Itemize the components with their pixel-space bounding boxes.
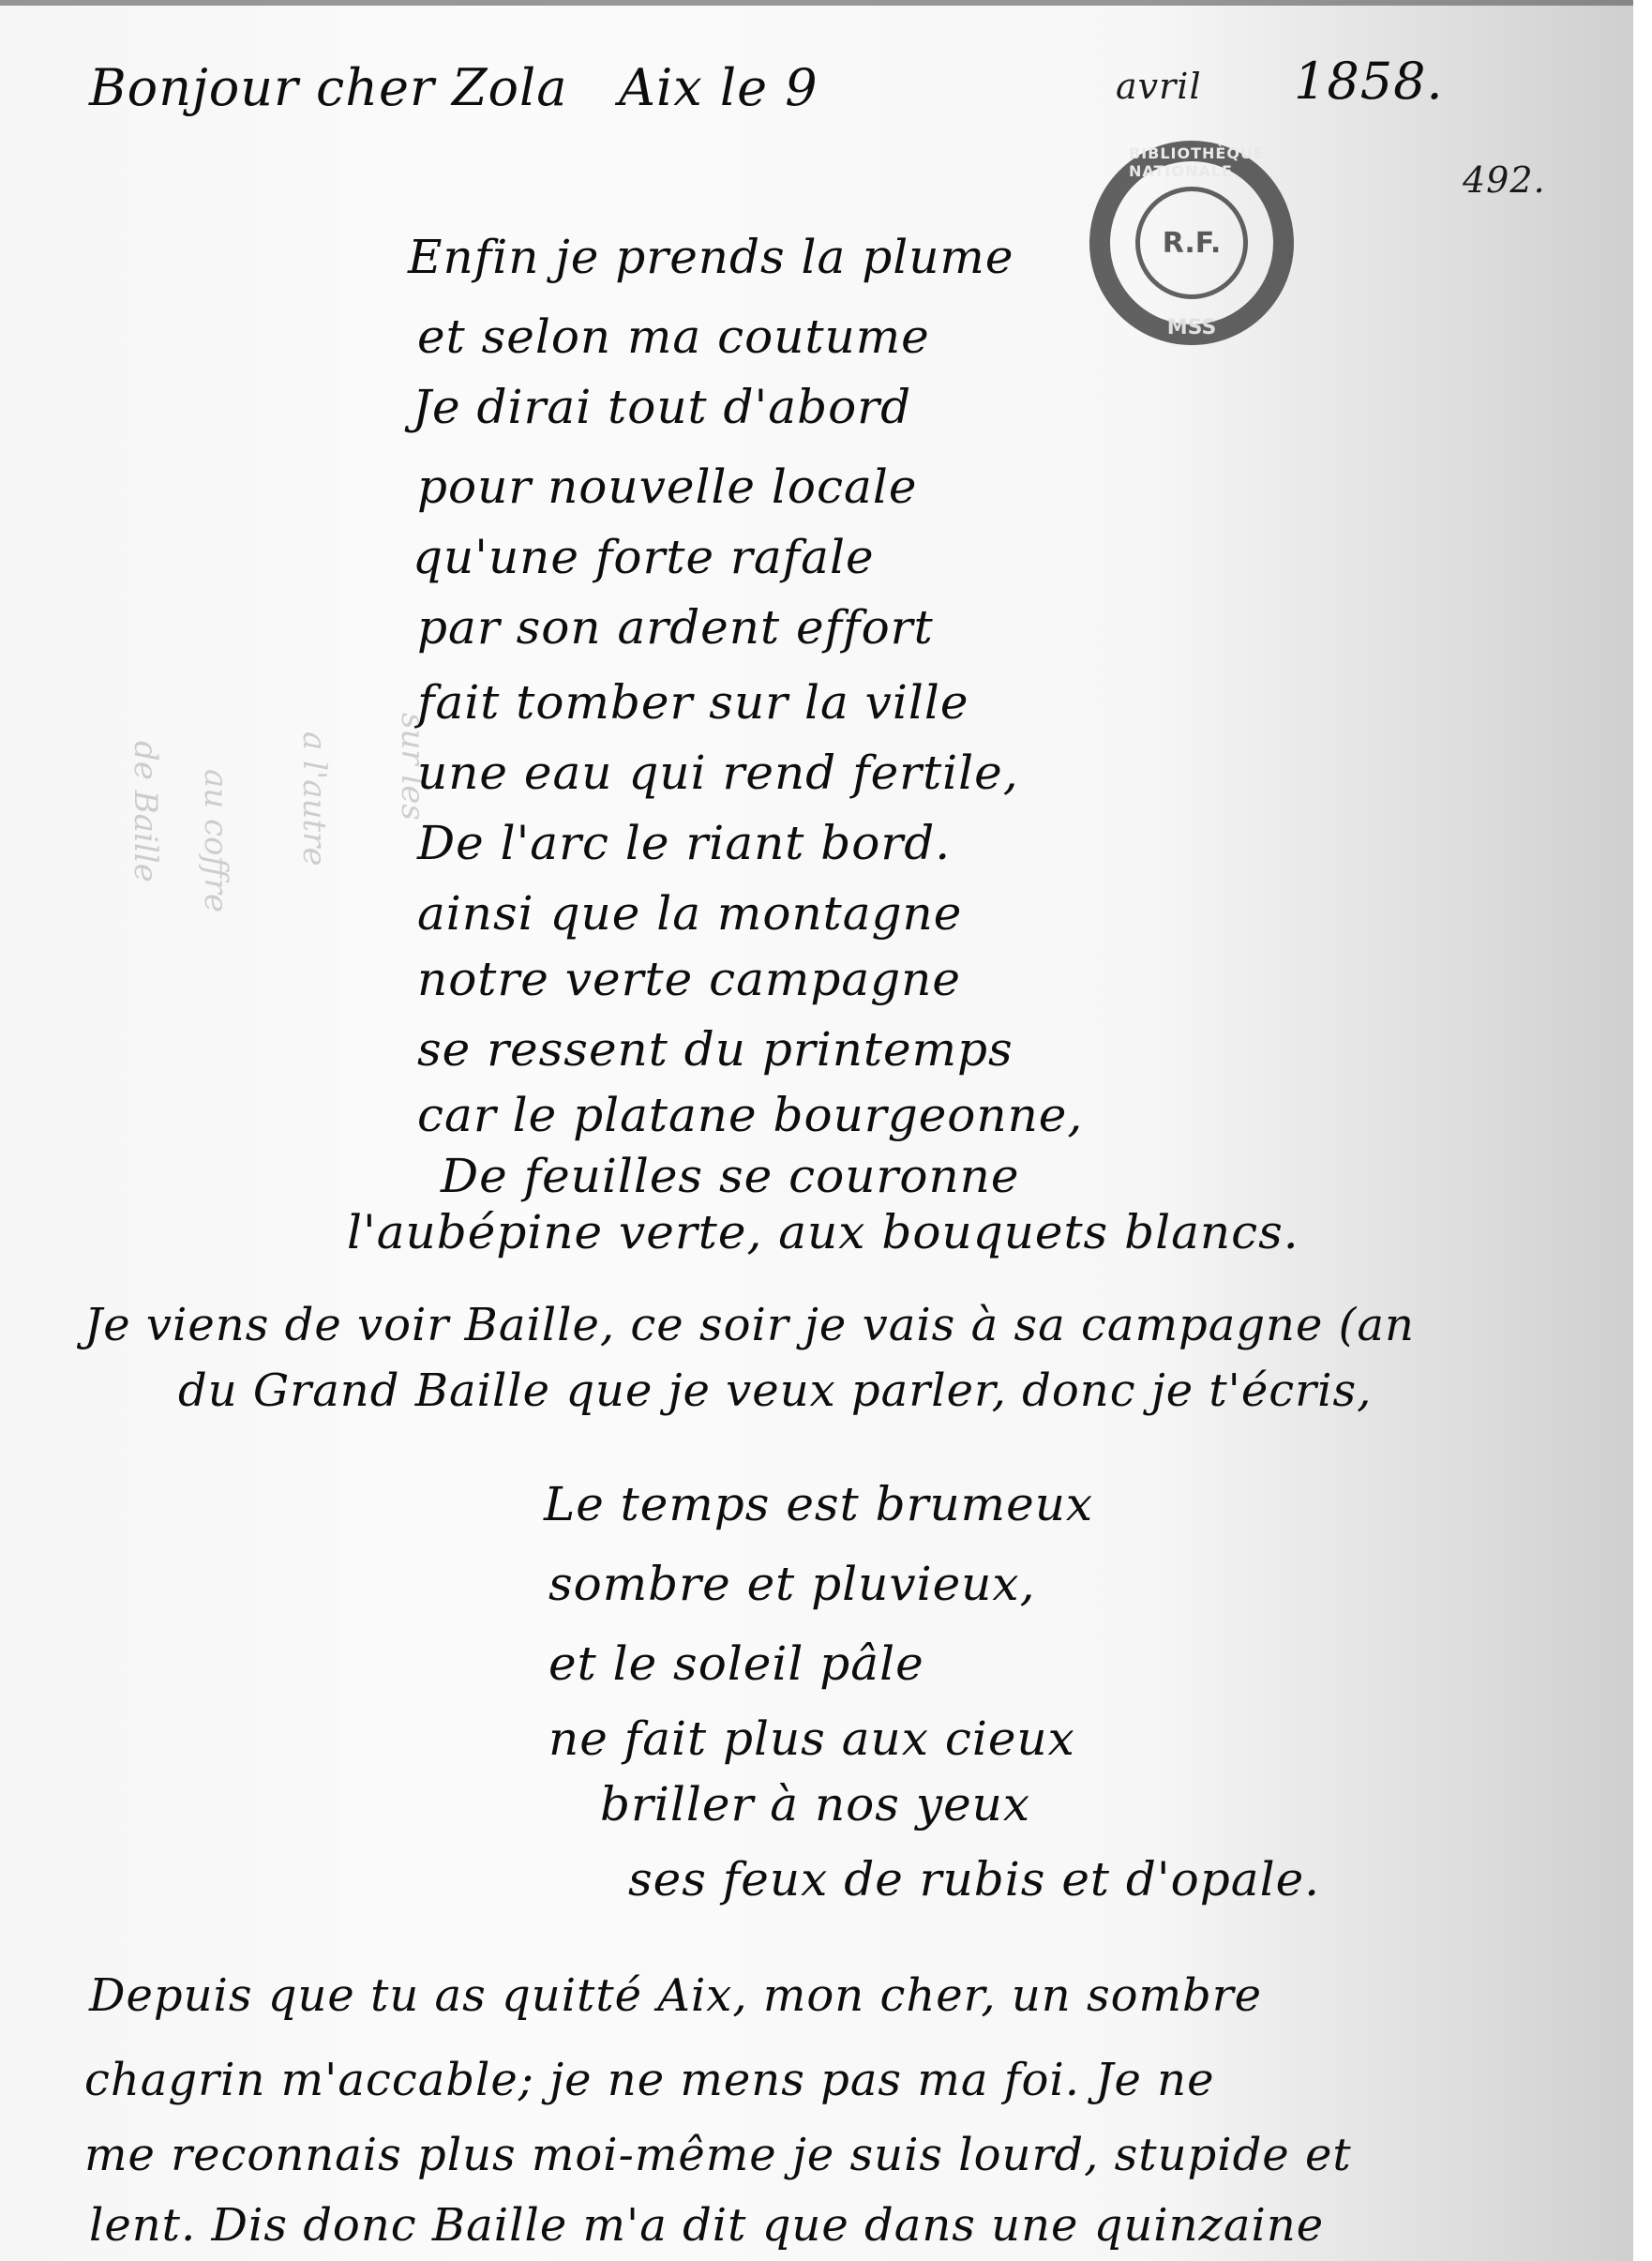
stamp-bottom-text: MSS	[1110, 316, 1273, 339]
folio-number: 492.	[1463, 159, 1546, 201]
bleed-through-text: au coffre	[197, 769, 234, 912]
poem-line: et selon ma coutume	[417, 309, 930, 364]
scan-margin	[1633, 0, 1652, 2261]
prose-line: me reconnais plus moi-même je suis lourd…	[84, 2129, 1352, 2181]
poem-line: De l'arc le riant bord.	[417, 816, 951, 870]
prose-line: Depuis que tu as quitté Aix, mon cher, u…	[89, 1969, 1262, 2022]
poem-line: sombre et pluvieux,	[548, 1557, 1035, 1611]
poem-line: se ressent du printemps	[417, 1022, 1014, 1077]
poem-line: fait tomber sur la ville	[417, 675, 969, 730]
poem-line: ainsi que la montagne	[417, 886, 962, 941]
poem-line: une eau qui rend fertile,	[417, 746, 1019, 800]
poem-line: ne fait plus aux cieux	[548, 1711, 1075, 1766]
stamp-ring-text: BIBLIOTHÈQUE NATIONALE	[1129, 144, 1273, 180]
poem-line: De feuilles se couronne	[441, 1149, 1019, 1203]
poem-line: qu'une forte rafale	[413, 530, 875, 584]
prose-line: chagrin m'accable; je ne mens pas ma foi…	[84, 2054, 1214, 2106]
prose-line: Je viens de voir Baille, ce soir je vais…	[84, 1299, 1415, 1351]
poem-line: Enfin je prends la plume	[408, 230, 1014, 284]
poem-line: Le temps est brumeux	[544, 1477, 1093, 1531]
manuscript-page: de Baille au coffre a l'autre sur les Bo…	[0, 0, 1633, 2261]
place-date: Aix le 9	[619, 58, 818, 117]
prose-line: lent. Dis donc Baille m'a dit que dans u…	[89, 2199, 1324, 2252]
prose-line: du Grand Baille que je veux parler, donc…	[178, 1364, 1372, 1417]
bleed-through-text: de Baille	[127, 741, 164, 882]
year: 1858.	[1294, 52, 1444, 111]
poem-line: et le soleil pâle	[548, 1636, 924, 1691]
stamp-center-text: R.F.	[1163, 227, 1222, 260]
poem-line: briller à nos yeux	[600, 1777, 1030, 1831]
bleed-through-text: a l'autre	[295, 731, 333, 867]
month: avril	[1116, 66, 1202, 107]
poem-line: l'aubépine verte, aux bouquets blancs.	[347, 1205, 1299, 1259]
poem-line: notre verte campagne	[417, 952, 961, 1006]
poem-line: par son ardent effort	[417, 600, 934, 655]
poem-line: car le platane bourgeonne,	[417, 1088, 1083, 1142]
stamp-center: R.F.	[1135, 187, 1248, 299]
library-stamp: BIBLIOTHÈQUE NATIONALE R.F. MSS	[1089, 141, 1294, 345]
salutation: Bonjour cher Zola	[89, 58, 567, 117]
page-top-edge	[0, 0, 1633, 6]
poem-line: ses feux de rubis et d'opale.	[628, 1852, 1320, 1907]
poem-line: Je dirai tout d'abord	[413, 380, 911, 434]
poem-line: pour nouvelle locale	[417, 460, 917, 514]
